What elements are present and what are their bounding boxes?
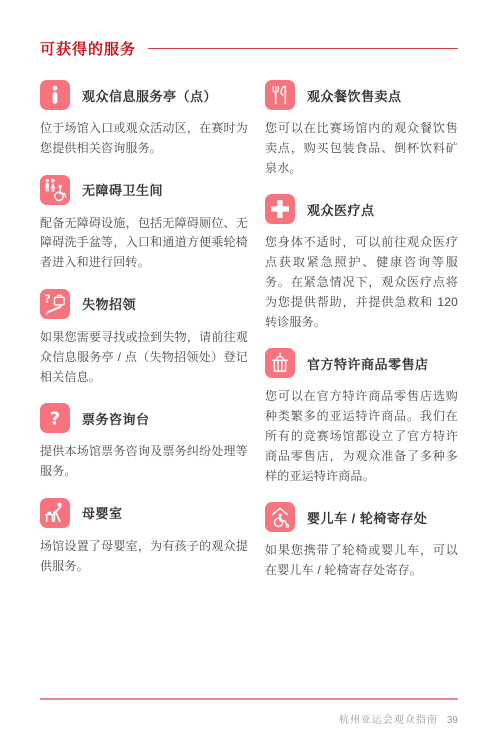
service-item: ? 失物招领 如果您需要寻找或捡到失物，请前往观众信息服务亭 / 点（失物招领处… (40, 289, 248, 387)
accessible-restroom-icon (40, 175, 70, 205)
service-item-description: 如果您需要寻找或捡到失物，请前往观众信息服务亭 / 点（失物招领处）登记相关信息… (40, 328, 248, 387)
service-item-header: 观众餐饮售卖点 (265, 80, 458, 110)
service-item: 官方特许商品零售店 您可以在官方特许商品零售店选购种类繁多的亚运特许商品。我们在… (265, 348, 458, 486)
service-item-header: 观众信息服务亭（点） (40, 80, 248, 110)
service-item: ? 票务咨询台 提供本场馆票务咨询及票务纠纷处理等服务。 (40, 403, 248, 482)
service-item-title: 观众餐饮售卖点 (307, 86, 402, 105)
service-item-header: 婴儿车 / 轮椅寄存处 (265, 502, 458, 532)
service-item-title: 无障碍卫生间 (82, 180, 163, 199)
footer-text: 杭州亚运会观众指南39 (40, 711, 458, 726)
service-item-title: 观众信息服务亭（点） (82, 86, 217, 105)
title-rule (148, 48, 458, 50)
service-item-description: 如果您携带了轮椅或婴儿车，可以在婴儿车 / 轮椅寄存处寄存。 (265, 541, 458, 581)
service-item-title: 观众医疗点 (307, 200, 375, 219)
service-item-description: 配备无障碍设施，包括无障碍厕位、无障碍洗手盆等，入口和通道方便乘轮椅者进入和进行… (40, 214, 248, 273)
service-item-description: 您可以在官方特许商品零售店选购种类繁多的亚运特许商品。我们在所有的竞赛场馆都设立… (265, 387, 458, 486)
footer-rule (40, 698, 458, 700)
svg-text:?: ? (50, 409, 60, 430)
service-item-title: 母婴室 (82, 503, 123, 522)
info-icon (40, 80, 70, 110)
service-item-description: 位于场馆入口或观众活动区，在赛时为您提供相关咨询服务。 (40, 119, 248, 159)
service-item: 观众医疗点 您身体不适时，可以前往观众医疗点获取紧急照护、健康咨询等服务。在紧急… (265, 194, 458, 332)
service-item: 婴儿车 / 轮椅寄存处 如果您携带了轮椅或婴儿车，可以在婴儿车 / 轮椅寄存处寄… (265, 502, 458, 581)
service-item-header: ? 失物招领 (40, 289, 248, 319)
ticket-inquiry-icon: ? (40, 403, 70, 433)
mother-baby-room-icon (40, 498, 70, 528)
dining-icon (265, 80, 295, 110)
guide-page: 可获得的服务 观众信息服务亭（点） 位于场馆入口或观众活动区，在赛时为您提供相关… (0, 0, 500, 750)
services-grid: 观众信息服务亭（点） 位于场馆入口或观众活动区，在赛时为您提供相关咨询服务。 无… (40, 80, 458, 597)
lost-and-found-icon: ? (40, 289, 70, 319)
merchandise-store-icon (265, 348, 295, 378)
service-item-header: ? 票务咨询台 (40, 403, 248, 433)
service-item-title: 官方特许商品零售店 (307, 354, 429, 373)
service-item: 母婴室 场馆设置了母婴室，为有孩子的观众提供服务。 (40, 498, 248, 577)
service-item-description: 场馆设置了母婴室，为有孩子的观众提供服务。 (40, 537, 248, 577)
service-item-description: 您身体不适时，可以前往观众医疗点获取紧急照护、健康咨询等服务。在紧急情况下，观众… (265, 233, 458, 332)
service-item: 观众餐饮售卖点 您可以在比赛场馆内的观众餐饮售卖点，购买包装食品、倒杯饮料矿泉水… (265, 80, 458, 178)
service-item: 无障碍卫生间 配备无障碍设施，包括无障碍厕位、无障碍洗手盆等，入口和通道方便乘轮… (40, 175, 248, 273)
service-item-title: 失物招领 (82, 294, 136, 313)
service-item-description: 您可以在比赛场馆内的观众餐饮售卖点，购买包装食品、倒杯饮料矿泉水。 (265, 119, 458, 178)
service-item-description: 提供本场馆票务咨询及票务纠纷处理等服务。 (40, 442, 248, 482)
service-item-header: 无障碍卫生间 (40, 175, 248, 205)
service-item: 观众信息服务亭（点） 位于场馆入口或观众活动区，在赛时为您提供相关咨询服务。 (40, 80, 248, 159)
service-item-title: 票务咨询台 (82, 409, 150, 428)
stroller-wheelchair-storage-icon (265, 502, 295, 532)
section-header: 可获得的服务 (40, 38, 458, 59)
left-column: 观众信息服务亭（点） 位于场馆入口或观众活动区，在赛时为您提供相关咨询服务。 无… (40, 80, 248, 597)
svg-text:?: ? (44, 292, 50, 305)
service-item-header: 官方特许商品零售店 (265, 348, 458, 378)
page-footer: 杭州亚运会观众指南39 (40, 698, 458, 726)
page-title: 可获得的服务 (40, 38, 136, 59)
service-item-header: 母婴室 (40, 498, 248, 528)
medical-cross-icon (265, 194, 295, 224)
footer-page-number: 39 (447, 715, 458, 726)
right-column: 观众餐饮售卖点 您可以在比赛场馆内的观众餐饮售卖点，购买包装食品、倒杯饮料矿泉水… (265, 80, 458, 597)
service-item-title: 婴儿车 / 轮椅寄存处 (307, 508, 427, 527)
footer-guide-name: 杭州亚运会观众指南 (339, 715, 438, 726)
service-item-header: 观众医疗点 (265, 194, 458, 224)
